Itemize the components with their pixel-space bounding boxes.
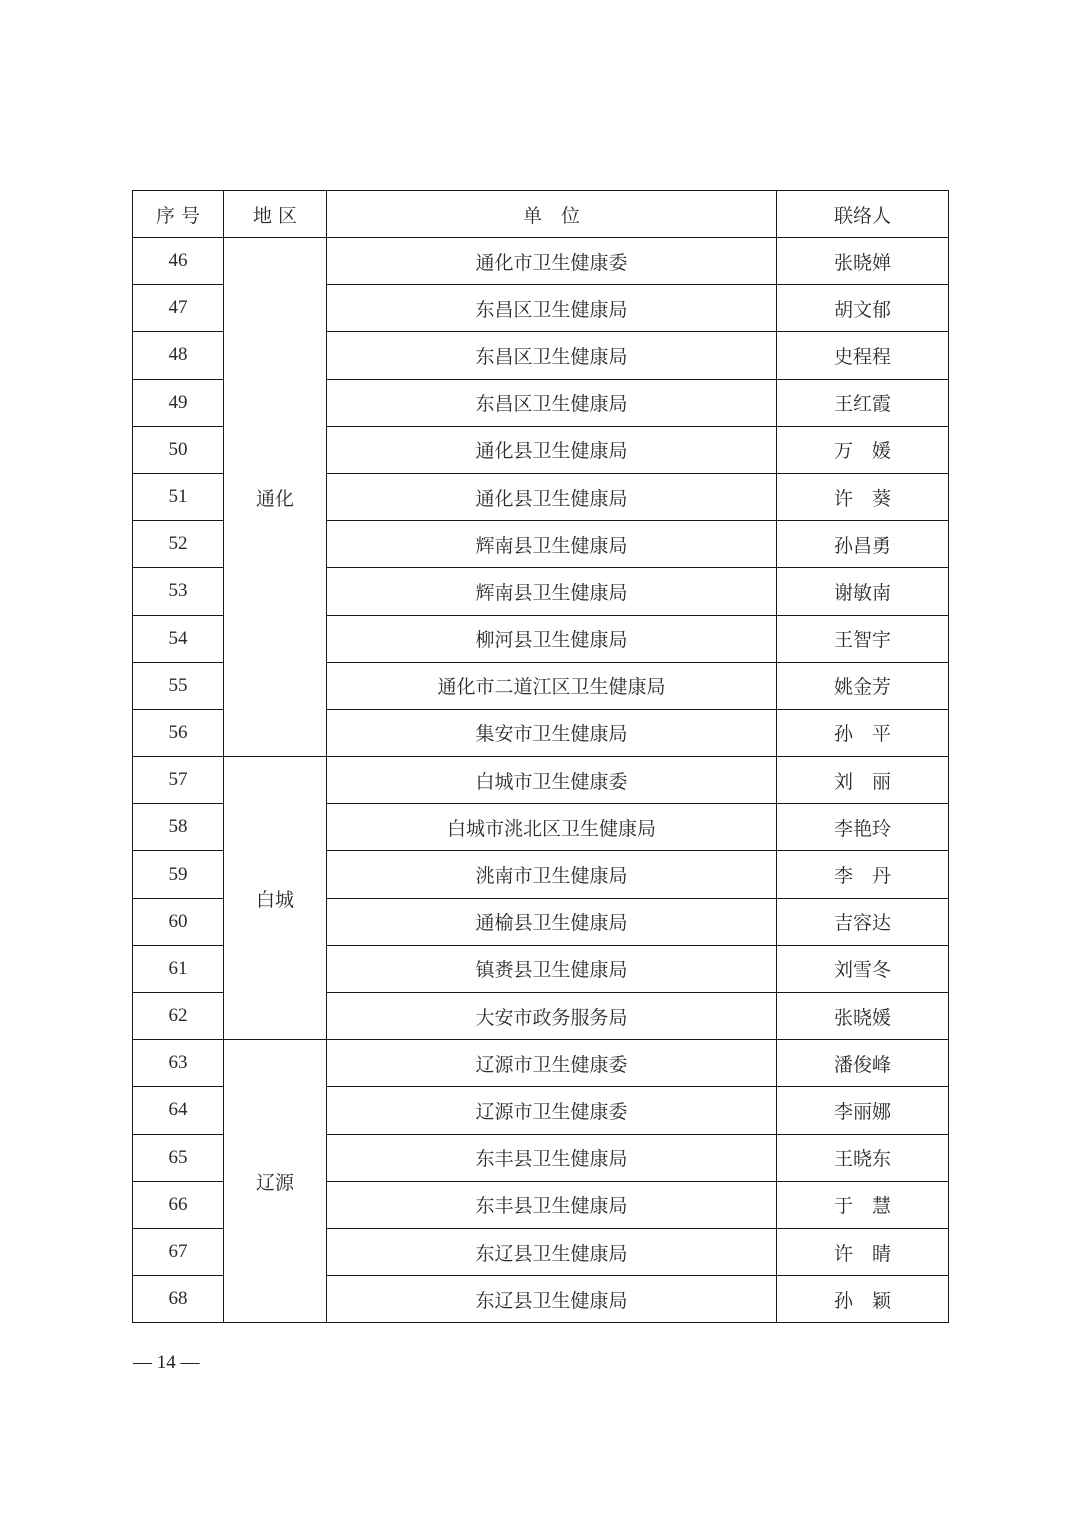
- region-cell: 通化: [224, 238, 327, 757]
- serial-number-cell: 53: [133, 568, 224, 615]
- serial-number-cell: 48: [133, 332, 224, 379]
- header-serial-number: 序 号: [133, 191, 224, 238]
- serial-number-cell: 49: [133, 379, 224, 426]
- region-cell: 白城: [224, 757, 327, 1040]
- serial-number-cell: 51: [133, 473, 224, 520]
- unit-cell: 通化市二道江区卫生健康局: [327, 662, 777, 709]
- serial-number-cell: 50: [133, 426, 224, 473]
- serial-number-cell: 60: [133, 898, 224, 945]
- header-unit: 单 位: [327, 191, 777, 238]
- contact-cell: 史程程: [777, 332, 949, 379]
- unit-cell: 东昌区卫生健康局: [327, 379, 777, 426]
- unit-cell: 辉南县卫生健康局: [327, 568, 777, 615]
- serial-number-cell: 58: [133, 804, 224, 851]
- unit-cell: 通化县卫生健康局: [327, 473, 777, 520]
- table-row: 63辽源辽源市卫生健康委潘俊峰: [133, 1040, 949, 1087]
- serial-number-cell: 57: [133, 757, 224, 804]
- unit-cell: 辽源市卫生健康委: [327, 1040, 777, 1087]
- contact-cell: 李 丹: [777, 851, 949, 898]
- unit-cell: 东辽县卫生健康局: [327, 1276, 777, 1323]
- serial-number-cell: 64: [133, 1087, 224, 1134]
- serial-number-cell: 67: [133, 1228, 224, 1275]
- document-page: 序 号 地 区 单 位 联络人 46通化通化市卫生健康委张晓婵47东昌区卫生健康…: [0, 0, 1079, 1514]
- unit-cell: 东昌区卫生健康局: [327, 332, 777, 379]
- contact-cell: 李丽娜: [777, 1087, 949, 1134]
- table-row: 57白城白城市卫生健康委刘 丽: [133, 757, 949, 804]
- contact-cell: 胡文郁: [777, 285, 949, 332]
- contact-cell: 孙 颖: [777, 1276, 949, 1323]
- contact-cell: 许 睛: [777, 1228, 949, 1275]
- serial-number-cell: 55: [133, 662, 224, 709]
- table-row: 46通化通化市卫生健康委张晓婵: [133, 238, 949, 285]
- serial-number-cell: 68: [133, 1276, 224, 1323]
- table-body: 46通化通化市卫生健康委张晓婵47东昌区卫生健康局胡文郁48东昌区卫生健康局史程…: [133, 238, 949, 1323]
- serial-number-cell: 62: [133, 993, 224, 1040]
- region-cell: 辽源: [224, 1040, 327, 1323]
- table-header-row: 序 号 地 区 单 位 联络人: [133, 191, 949, 238]
- contact-cell: 谢敏南: [777, 568, 949, 615]
- contact-cell: 王智宇: [777, 615, 949, 662]
- contact-cell: 许 葵: [777, 473, 949, 520]
- unit-cell: 东辽县卫生健康局: [327, 1228, 777, 1275]
- unit-cell: 通化市卫生健康委: [327, 238, 777, 285]
- unit-cell: 东丰县卫生健康局: [327, 1134, 777, 1181]
- contact-cell: 万 媛: [777, 426, 949, 473]
- contact-cell: 刘雪冬: [777, 945, 949, 992]
- serial-number-cell: 59: [133, 851, 224, 898]
- serial-number-cell: 52: [133, 521, 224, 568]
- contact-cell: 于 慧: [777, 1181, 949, 1228]
- serial-number-cell: 63: [133, 1040, 224, 1087]
- unit-cell: 洮南市卫生健康局: [327, 851, 777, 898]
- unit-cell: 集安市卫生健康局: [327, 709, 777, 756]
- contact-cell: 王红霞: [777, 379, 949, 426]
- serial-number-cell: 66: [133, 1181, 224, 1228]
- header-contact: 联络人: [777, 191, 949, 238]
- serial-number-cell: 54: [133, 615, 224, 662]
- serial-number-cell: 65: [133, 1134, 224, 1181]
- contact-cell: 刘 丽: [777, 757, 949, 804]
- header-region: 地 区: [224, 191, 327, 238]
- contact-cell: 吉容达: [777, 898, 949, 945]
- unit-cell: 大安市政务服务局: [327, 993, 777, 1040]
- unit-cell: 柳河县卫生健康局: [327, 615, 777, 662]
- contacts-table: 序 号 地 区 单 位 联络人 46通化通化市卫生健康委张晓婵47东昌区卫生健康…: [132, 190, 949, 1323]
- unit-cell: 辽源市卫生健康委: [327, 1087, 777, 1134]
- contact-cell: 张晓婵: [777, 238, 949, 285]
- contact-cell: 潘俊峰: [777, 1040, 949, 1087]
- serial-number-cell: 61: [133, 945, 224, 992]
- unit-cell: 东丰县卫生健康局: [327, 1181, 777, 1228]
- unit-cell: 白城市洮北区卫生健康局: [327, 804, 777, 851]
- contact-cell: 姚金芳: [777, 662, 949, 709]
- unit-cell: 东昌区卫生健康局: [327, 285, 777, 332]
- unit-cell: 通榆县卫生健康局: [327, 898, 777, 945]
- unit-cell: 辉南县卫生健康局: [327, 521, 777, 568]
- serial-number-cell: 56: [133, 709, 224, 756]
- page-number: — 14 —: [133, 1352, 200, 1374]
- unit-cell: 镇赉县卫生健康局: [327, 945, 777, 992]
- unit-cell: 白城市卫生健康委: [327, 757, 777, 804]
- serial-number-cell: 47: [133, 285, 224, 332]
- contact-cell: 张晓媛: [777, 993, 949, 1040]
- contact-cell: 孙昌勇: [777, 521, 949, 568]
- contact-cell: 李艳玲: [777, 804, 949, 851]
- contact-cell: 孙 平: [777, 709, 949, 756]
- contact-cell: 王晓东: [777, 1134, 949, 1181]
- unit-cell: 通化县卫生健康局: [327, 426, 777, 473]
- serial-number-cell: 46: [133, 238, 224, 285]
